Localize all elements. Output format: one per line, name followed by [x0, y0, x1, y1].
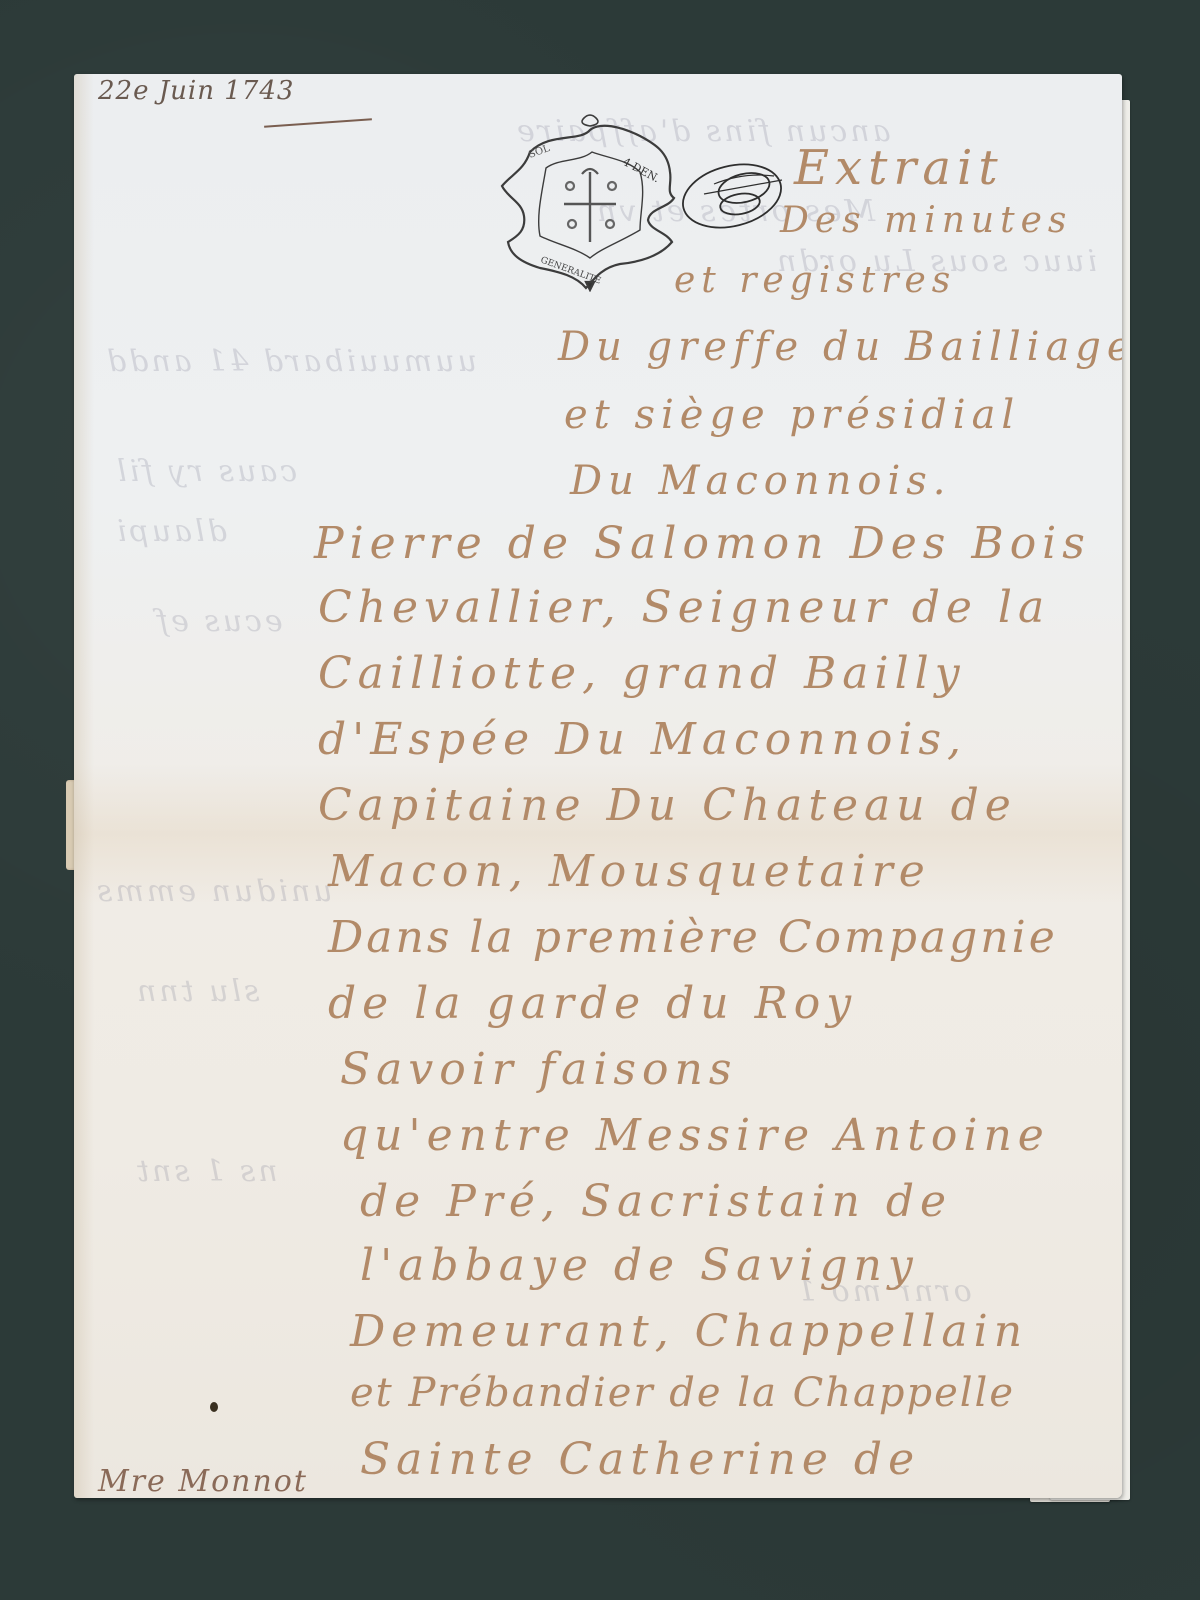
text-line: l'abbaye de Savigny — [360, 1240, 919, 1291]
text-line: Du Maconnois. — [570, 458, 951, 504]
text-line: Dans la première Compagnie — [328, 912, 1058, 963]
text-line: Du greffe du Bailliage — [558, 324, 1122, 370]
manuscript-body: Extrait Des minutes et registres Du gref… — [74, 74, 1122, 1498]
text-line: Demeurant, Chappellain — [350, 1306, 1028, 1357]
text-line: et Prébandier de la Chappelle — [350, 1370, 1015, 1416]
text-line: Sainte Catherine de — [360, 1434, 920, 1485]
text-line: Extrait — [794, 140, 1004, 196]
text-line: de Pré, Sacristain de — [360, 1176, 952, 1227]
text-line: qu'entre Messire Antoine — [340, 1110, 1050, 1161]
manuscript-page: ancun fins d'affpaire Mes ortes et vn iu… — [74, 74, 1122, 1498]
text-line: Des minutes — [780, 200, 1072, 241]
footer-annotation: Mre Monnot — [98, 1464, 308, 1498]
text-line: et siège présidial — [564, 392, 1020, 438]
text-line: d'Espée Du Maconnois, — [318, 714, 967, 765]
text-line: Macon, Mousquetaire — [328, 846, 931, 897]
text-line: Savoir faisons — [340, 1044, 737, 1095]
text-line: de la garde du Roy — [328, 978, 857, 1029]
text-line: Cailliotte, grand Bailly — [318, 648, 966, 699]
ink-blot — [210, 1402, 218, 1412]
text-line: Pierre de Salomon Des Bois — [314, 518, 1091, 569]
text-line: Capitaine Du Chateau de — [318, 780, 1017, 831]
text-line: Chevallier, Seigneur de la — [318, 582, 1050, 633]
text-line: et registres — [674, 260, 956, 301]
